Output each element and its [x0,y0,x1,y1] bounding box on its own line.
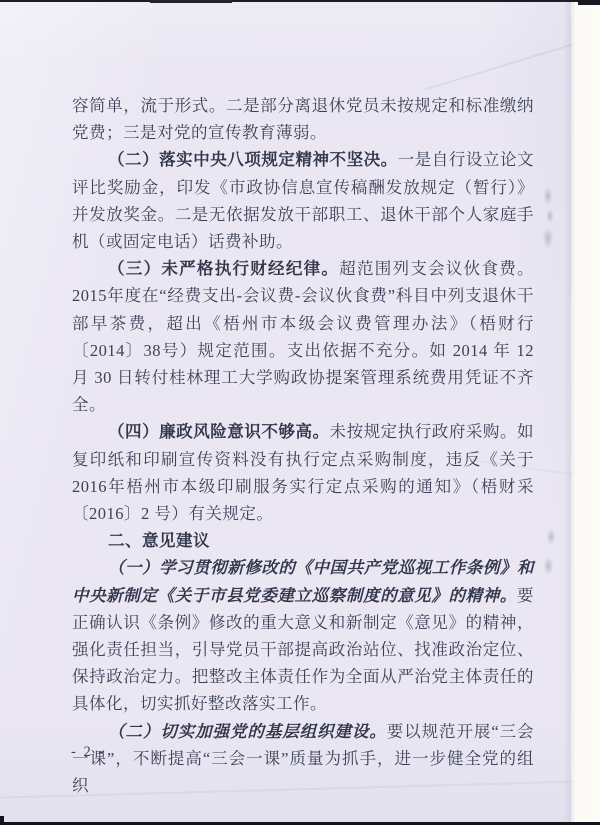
paragraph-lead: （二）落实中央八项规定精神不坚决。 [108,150,398,169]
paragraph-lead: （三）未严格执行财经纪律。 [108,259,339,278]
page-number: - 2 - [71,744,105,761]
document-paragraph: 容简单，流于形式。二是部分离退休党员未按规定和标准缴纳党费；三是对党的宣传教育薄… [72,92,534,146]
document-paragraph: （二）落实中央八项规定精神不坚决。一是自行设立论文评比奖励金，印发《市政协信息宣… [72,146,534,255]
document-paragraph: （二）切实加强党的基层组织建设。要以规范开展“三会一课”，不断提高“三会一课”质… [72,718,534,800]
scan-border-bottom-left [0,816,4,825]
scan-border-top [0,0,600,2]
scanned-document-page: 容简单，流于形式。二是部分离退休党员未按规定和标准缴纳党费；三是对党的宣传教育薄… [0,0,600,825]
document-paragraph: （四）廉政风险意识不够高。未按规定执行政府采购。如复印纸和印刷宣传资料没有执行定… [72,418,534,527]
paragraph-lead: （二）切实加强党的基层组织建设。 [108,722,387,741]
paragraph-text: 容简单，流于形式。二是部分离退休党员未按规定和标准缴纳党费；三是对党的宣传教育薄… [72,96,534,142]
scan-border-top-notch [150,0,232,3]
paragraph-lead: 二、意见建议 [108,531,210,550]
paragraph-lead: （四）廉政风险意识不够高。 [108,422,330,441]
scanner-background-strip [570,0,600,825]
paragraph-lead: （一）学习贯彻新修改的《中国共产党巡视工作条例》和中央新制定《关于市县党委建立巡… [72,558,534,604]
scan-border-top-right [578,0,600,5]
ink-bleed-mark [546,528,556,546]
ink-bleed-mark [546,208,554,224]
ink-bleed-mark [543,556,554,576]
ink-bleed-mark [543,186,553,206]
document-paragraph: （三）未严格执行财经纪律。超范围列支会议伙食费。2015年度在“经费支出-会议费… [72,255,534,418]
paragraph-text: 超范围列支会议伙食费。2015年度在“经费支出-会议费-会议伙食费”科目中列支退… [72,259,534,414]
document-paragraph: （一）学习贯彻新修改的《中国共产党巡视工作条例》和中央新制定《关于市县党委建立巡… [72,554,534,717]
ink-bleed-mark [542,226,554,250]
document-body: 容简单，流于形式。二是部分离退休党员未按规定和标准缴纳党费；三是对党的宣传教育薄… [72,92,534,799]
document-paragraph: 二、意见建议 [72,527,534,554]
